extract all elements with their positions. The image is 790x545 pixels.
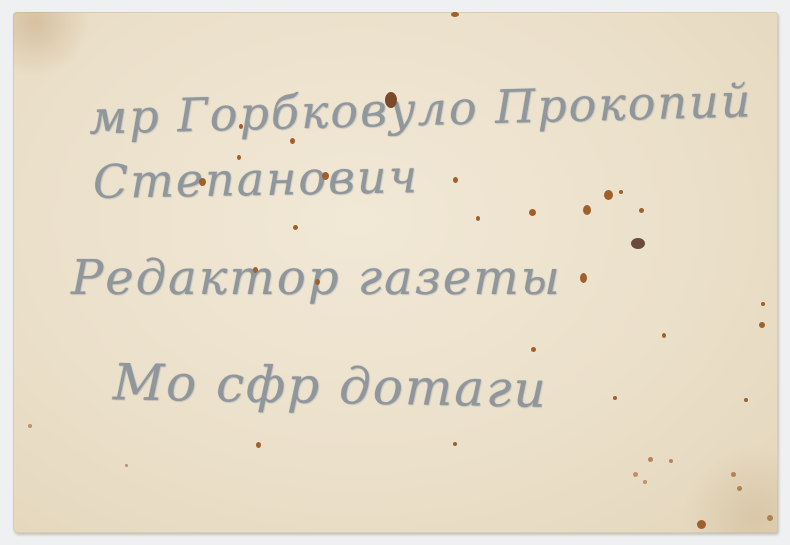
handwritten-card: мр Горбковуло Прокопий Степанович Редакт… xyxy=(13,12,778,533)
handwriting-line-4: Мо сфр дотаги xyxy=(113,353,549,419)
handwriting-line-3: Редактор газеты xyxy=(71,250,562,306)
handwriting-line-2: Степанович xyxy=(93,149,420,209)
handwriting-line-1: мр Горбковуло Прокопий xyxy=(88,73,753,144)
